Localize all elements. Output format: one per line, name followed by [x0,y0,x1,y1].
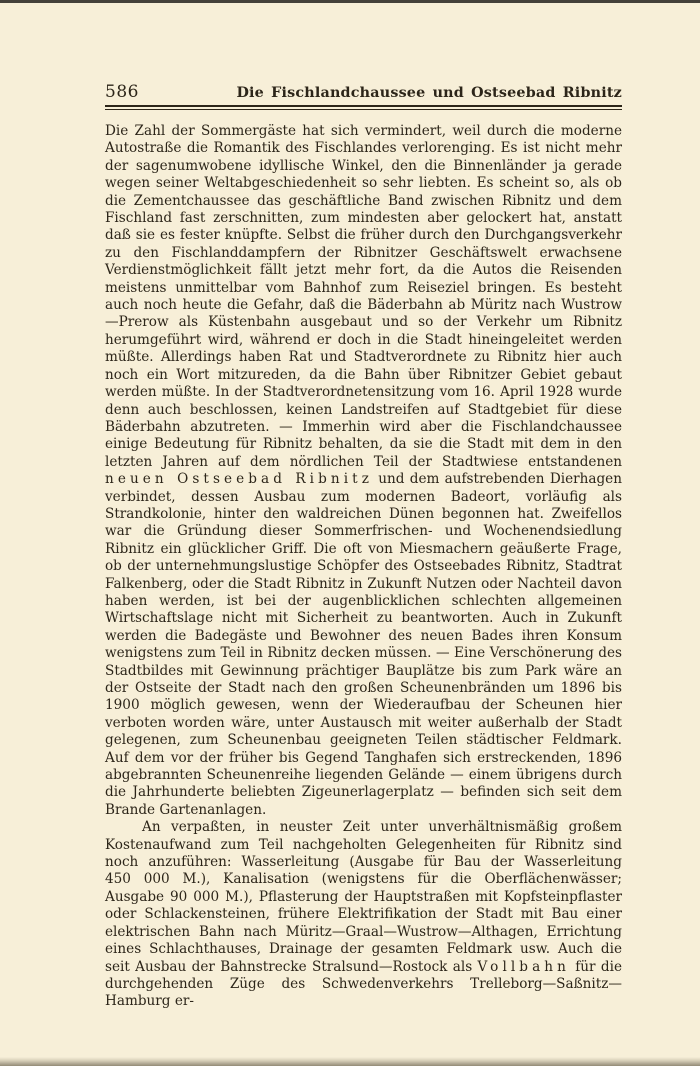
page-number: 586 [105,82,139,102]
scan-edge-top [0,0,700,3]
paragraph-1: Die Zahl der Sommergäste hat sich vermin… [105,123,622,819]
text-segment-letterspaced: Vollbahn [478,959,570,975]
paragraph-2: An verpaßten, in neuster Zeit unter unve… [105,819,622,1010]
text-segment: und dem aufstrebenden Dierhagen verbinde… [105,471,622,818]
book-page: 586 Die Fischlandchaussee und Ostseebad … [0,0,700,1066]
text-segment: An verpaßten, in neuster Zeit unter unve… [105,819,622,974]
text-segment-letterspaced: neuen Ostseebad Ribnitz [105,471,373,487]
page-header: 586 Die Fischlandchaussee und Ostseebad … [105,82,622,102]
text-block: Die Zahl der Sommergäste hat sich vermin… [105,123,622,1011]
running-title: Die Fischlandchaussee und Ostseebad Ribn… [236,85,622,101]
text-segment: Die Zahl der Sommergäste hat sich vermin… [105,123,622,470]
scan-edge-bottom [0,1057,700,1066]
header-rule [105,105,622,110]
